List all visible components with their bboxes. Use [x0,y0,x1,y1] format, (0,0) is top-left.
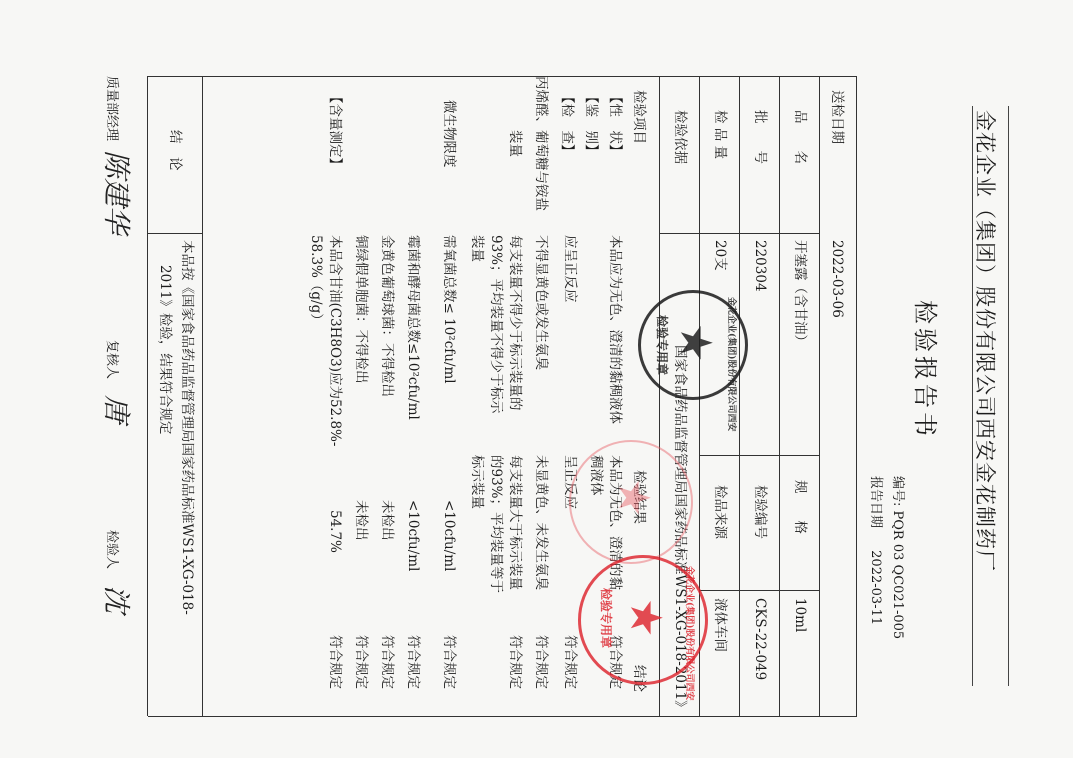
standard-fill-volume-line3: 装量 [467,235,487,262]
conclusion-identification: 符合规定 [560,635,580,689]
standard-staph-aureus: 金黄色葡萄球菌：不得检出 [377,235,397,397]
col-header-conclusion: 结论 [629,665,649,692]
row-divider [739,76,740,716]
result-pseudomonas: 未检出 [351,500,371,541]
standard-fill-volume-line1: 每支装量不得少于标示装量的 [505,235,525,411]
result-fill-volume-line1: 每支装量大于标示装量 [505,455,525,590]
item-identification: 【鉴 别】 [581,90,601,158]
conclusion-assay: 符合规定 [325,635,345,689]
quantity-label: 检 品 量 [710,110,730,159]
reviewer-label: 复核人 [104,340,123,379]
item-assay: 【含量测定】 [325,90,345,171]
table-border-right [148,716,857,717]
reviewer-signature: 唐 [98,395,138,423]
result-mold-yeast: <10cfu/ml [403,500,423,571]
table-border-bottom [147,76,148,716]
col-header-result: 检验结果 [629,470,649,524]
item-inspection-heading: 【检 查】 [557,90,577,158]
inspector-signature: 沈 [98,585,138,613]
result-staph-aureus: 未检出 [377,500,397,541]
row-divider [819,76,820,716]
standard-assay-line1: 本品含甘油(C3H8O3)应为52.8%- [325,235,345,446]
conclusion-appearance: 符合规定 [605,635,625,689]
col-divider [700,590,820,591]
header-top-rule [1008,106,1009,686]
col-divider [660,233,820,234]
black-stamp-top-text: 金花企业(集团)股份有限公司西安 [726,297,739,432]
item-appearance: 【性 状】 [605,90,625,158]
conclusion-text-line2: 2011》检验，结果符合规定 [155,265,175,434]
row-divider [699,76,700,716]
document-number-value: PQR 03 QC021-005 [890,511,905,640]
submit-date-value: 2022-03-06 [827,240,847,318]
red-stamp-star-icon: ★ [623,598,667,637]
batch-label: 批 号 [750,110,770,164]
result-appearance-line2: 稠液体 [586,455,606,496]
standard-aerobic-count: 需氧菌总数≤ 10²cfu/ml [439,235,459,384]
standard-mold-yeast: 霉菌和酵母菌总数≤10²cfu/ml [403,235,423,420]
col-divider [700,455,820,456]
result-fill-volume-line2: 的93%；平均装量等于 [486,455,506,593]
test-number-value: CKS-22-049 [750,598,770,680]
table-border-top [856,76,857,716]
product-name-label: 品 名 [790,110,810,164]
qa-manager-label: 质量部经理 [104,76,123,141]
result-appearance-line1: 本品为无色、澄清的黏 [605,455,625,590]
batch-value: 220304 [750,240,770,292]
conclusion-label: 结 论 [165,130,185,171]
col-header-item: 检验项目 [629,90,649,144]
standard-acrolein: 不得显黄色或发生氨臭 [531,235,551,370]
company-name: 金花企业（集团）股份有限公司西安金花制药厂 [971,110,1001,690]
conclusion-aerobic-count: 符合规定 [439,635,459,689]
standard-identification: 应呈正反应 [560,235,580,303]
inspection-report-page: 金花企业（集团）股份有限公司西安金花制药厂 检验报告书 编号: PQR 03 Q… [0,0,1073,758]
conclusion-fill-volume: 符合规定 [505,635,525,689]
header-bottom-rule [972,106,973,686]
qa-manager-signature: 陈建华 [98,150,138,234]
test-number-label: 检验编号 [750,485,770,539]
spec-value: 10ml [790,598,810,632]
row-divider [659,76,660,716]
product-name-value: 开塞露（含甘油） [790,240,810,348]
document-number: 编号: PQR 03 QC021-005 [890,476,909,639]
item-microbial-limit: 微生物限度 [439,100,459,168]
item-fill-volume: 装量 [505,130,525,157]
report-date: 报告日期 2022-03-11 [868,476,887,625]
standard-appearance: 本品应为无色、澄清的黏稠液体 [605,235,625,424]
result-assay: 54.7% [325,510,345,553]
basis-label: 检验依据 [670,110,690,164]
quantity-value: 20支 [710,240,730,271]
standard-assay-line2: 58.3%（g/g） [306,235,326,327]
result-fill-volume-line3: 标示装量 [467,455,487,509]
conclusion-staph-aureus: 符合规定 [377,635,397,689]
source-label: 检品来源 [710,485,730,539]
inspector-label: 检验人 [104,530,123,569]
result-aerobic-count: <10cfu/ml [439,500,459,571]
basis-value: 国家食品药品监督管理局国家药品标准WS1-XG-018-2011》 [670,345,690,714]
submit-date-label: 送检日期 [827,90,847,144]
conclusion-text-line1: 本品按《国家食品药品监督管理局国家药品标准WS1-XG-018- [177,240,197,615]
report-date-label: 报告日期 [868,476,883,528]
document-title: 检验报告书 [910,300,945,440]
conclusion-acrolein: 符合规定 [531,635,551,689]
spec-label: 规 格 [790,480,810,534]
black-inspection-stamp: ★ 金花企业(集团)股份有限公司西安 检验专用章 [638,290,748,400]
result-acrolein: 未显黄色、未发生氨臭 [531,455,551,590]
conclusion-pseudomonas: 符合规定 [351,635,371,689]
item-acrolein: 丙烯醛、葡萄糖与铵盐 [531,76,551,211]
table-border-left [148,76,857,77]
black-stamp-bottom-text: 检验专用章 [654,315,671,375]
row-divider [779,76,780,716]
report-date-value: 2022-03-11 [868,550,883,625]
document-number-label: 编号: [890,476,905,506]
conclusion-mold-yeast: 符合规定 [403,635,423,689]
result-identification: 呈正反应 [560,455,580,509]
source-value: 液体车间 [710,598,730,652]
standard-fill-volume-line2: 93%；平均装量不得少于标示 [486,235,506,414]
standard-pseudomonas: 铜绿假单胞菌：不得检出 [351,235,371,384]
row-divider [202,76,203,716]
col-divider [148,233,203,234]
